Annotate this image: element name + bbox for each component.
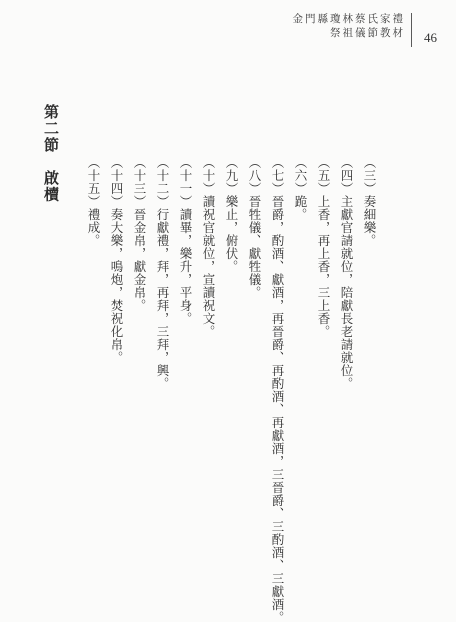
item-text: 行獻禮，拜，再拜，三拜，興。 (155, 208, 169, 390)
item-number: （十二） (155, 156, 169, 208)
item-number: （五） (316, 156, 330, 195)
page-number: 46 (424, 30, 437, 45)
item-number: （三） (362, 156, 376, 195)
list-item: （十五）禮成。 (81, 156, 104, 614)
item-text: 讀畢，樂升，平身。 (178, 208, 192, 325)
item-number: （九） (224, 156, 238, 195)
header-divider (411, 13, 412, 47)
item-number: （四） (339, 156, 353, 195)
item-number: （十五） (86, 156, 100, 208)
list-item: （三）奏細樂。 (357, 156, 380, 614)
item-text: 奏大樂，鳴炮，焚祝化帛。 (109, 208, 123, 364)
item-text: 禮成。 (86, 208, 100, 247)
list-item: （十一）讀畢，樂升，平身。 (173, 156, 196, 614)
item-text: 主獻官請就位，陪獻長老請就位。 (339, 195, 353, 390)
running-header: 金門縣瓊林蔡氏家禮 祭祖儀節教材 46 (293, 13, 438, 47)
section-title: 第二節 啟櫝 (40, 104, 60, 203)
item-number: （七） (270, 156, 284, 195)
list-item: （九）樂止，俯伏。 (219, 156, 242, 614)
item-number: （十） (201, 156, 215, 195)
item-text: 樂止，俯伏。 (224, 195, 238, 273)
list-item: （十二）行獻禮，拜，再拜，三拜，興。 (150, 156, 173, 614)
book-page: 金門縣瓊林蔡氏家禮 祭祖儀節教材 46 （三）奏細樂。 （四）主獻官請就位，陪獻… (0, 0, 456, 622)
header-titles: 金門縣瓊林蔡氏家禮 祭祖儀節教材 (293, 13, 406, 41)
item-number: （十四） (109, 156, 123, 208)
ritual-steps-list: （三）奏細樂。 （四）主獻官請就位，陪獻長老請就位。 （五）上香，再上香，三上香… (81, 156, 380, 614)
list-item: （四）主獻官請就位，陪獻長老請就位。 (334, 156, 357, 614)
item-number: （十一） (178, 156, 192, 208)
list-item: （五）上香，再上香，三上香。 (311, 156, 334, 614)
item-text: 晉金帛，獻金帛。 (132, 208, 146, 312)
item-text: 上香，再上香，三上香。 (316, 195, 330, 338)
item-text: 晉爵，酌酒、獻酒，再晉爵、再酌酒、再獻酒，三晉爵、三酌酒、三獻酒。 (270, 195, 284, 622)
list-item: （十四）奏大樂，鳴炮，焚祝化帛。 (104, 156, 127, 614)
item-text: 跪。 (293, 195, 307, 221)
header-title-line2: 祭祖儀節教材 (293, 27, 406, 41)
list-item: （十三）晉金帛，獻金帛。 (127, 156, 150, 614)
item-number: （八） (247, 156, 261, 195)
list-item: （六）跪。 (288, 156, 311, 614)
item-number: （六） (293, 156, 307, 195)
item-text: 晉牲儀、獻牲儀。 (247, 195, 261, 299)
header-title-line1: 金門縣瓊林蔡氏家禮 (293, 13, 406, 27)
list-item: （七）晉爵，酌酒、獻酒，再晉爵、再酌酒、再獻酒，三晉爵、三酌酒、三獻酒。 (265, 156, 288, 614)
item-text: 讀祝官就位，宣讀祝文。 (201, 195, 215, 338)
list-item: （八）晉牲儀、獻牲儀。 (242, 156, 265, 614)
item-number: （十三） (132, 156, 146, 208)
item-text: 奏細樂。 (362, 195, 376, 247)
list-item: （十）讀祝官就位，宣讀祝文。 (196, 156, 219, 614)
